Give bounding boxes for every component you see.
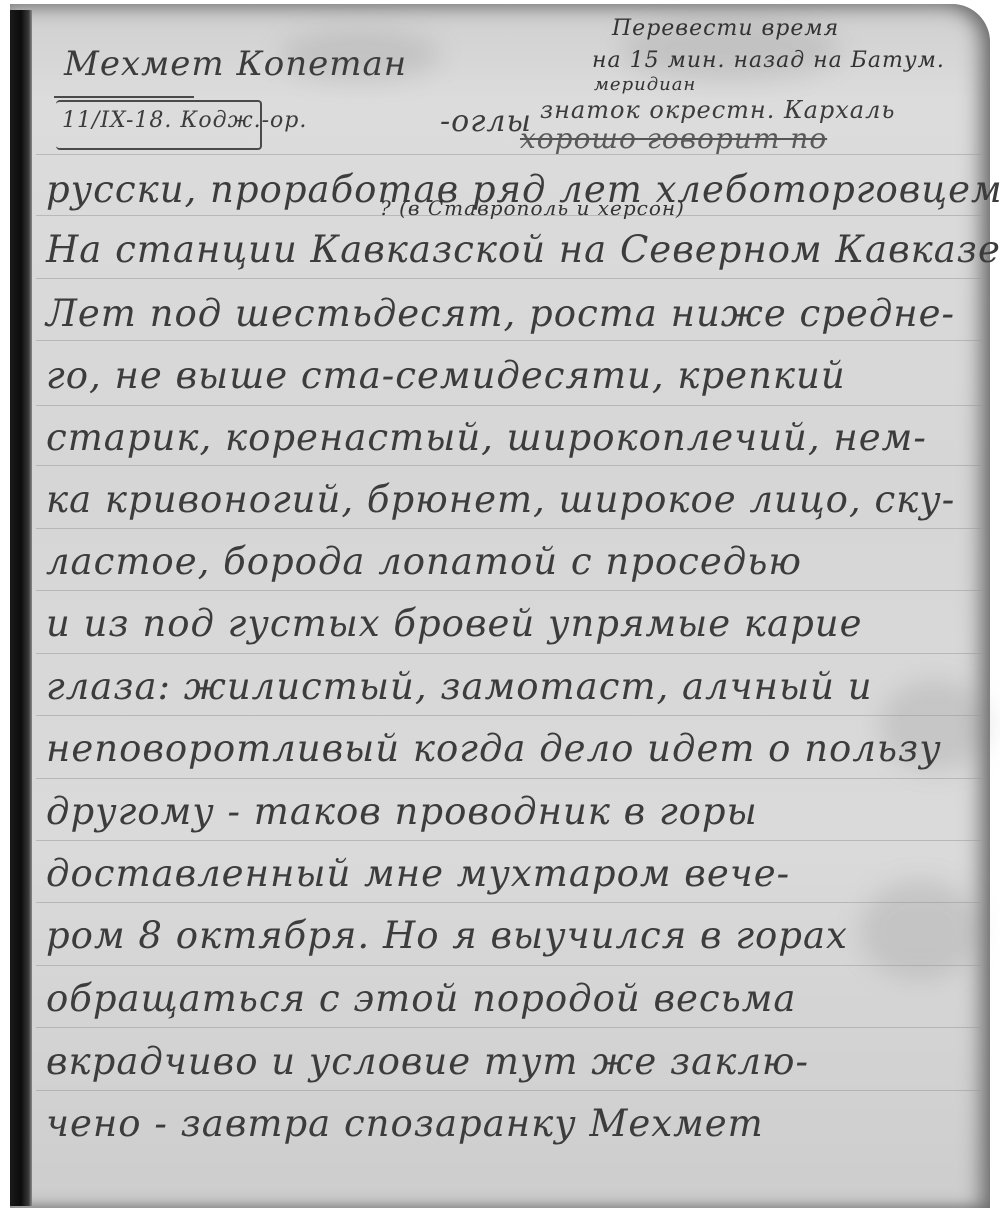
ruled-line (36, 778, 982, 779)
text-line-2: На станции Кавказской на Северном Кавказ… (46, 228, 1000, 271)
ruled-line (36, 465, 982, 466)
ruled-line (36, 340, 982, 341)
text-line-16: чено - завтра спозаранку Мехмет (46, 1102, 764, 1145)
text-line-10: неповоротливый когда дело идет о пользу (46, 727, 942, 770)
text-line-3: Лет под шестьдесят, роста ниже средне- (46, 292, 955, 335)
text-line-13: ром 8 октября. Но я выучился в горах (46, 914, 848, 957)
ruled-line (36, 154, 982, 155)
struck-text: хорошо говорит по (520, 122, 827, 155)
ruled-line (36, 965, 982, 966)
text-line-4: го, не выше ста-семидесяти, крепкий (46, 354, 846, 397)
text-line-11: другому - таков проводник в горы (46, 790, 758, 833)
ruled-line (36, 715, 982, 716)
text-line-12: доставленный мне мухтаром вече- (46, 852, 790, 895)
text-line-6: ка кривоногий, брюнет, широкое лицо, ску… (46, 478, 955, 521)
ruled-line (36, 1027, 982, 1028)
insertion-above: знаток окрестн. Кархаль (540, 96, 895, 124)
ruled-line (36, 1090, 982, 1091)
margin-note-line2: на 15 мин. назад на Батум. (592, 48, 945, 73)
text-line-5: старик, коренастый, широкоплечий, нем- (46, 416, 927, 459)
ruled-line (36, 902, 982, 903)
ruled-line (36, 590, 982, 591)
ruled-line (36, 653, 982, 654)
ruled-line (36, 278, 982, 279)
header-name: Мехмет Копетан (64, 44, 407, 84)
insertion-line: ? (в Ставрополь и херсон) (380, 196, 685, 220)
date-box-text: 11/IX-18. Кодж.-ор. (62, 108, 307, 133)
ruled-line (36, 528, 982, 529)
date-box-rule (54, 96, 194, 98)
text-line-7: ластое, борода лопатой с проседью (46, 540, 802, 583)
text-line-8: и из под густых бровей упрямые карие (46, 602, 863, 645)
text-line-9: глаза: жилистый, замотаст, алчный и (46, 665, 873, 708)
text-line-15: вкрадчиво и условие тут же заклю- (46, 1040, 809, 1083)
ruled-line (36, 840, 982, 841)
notebook-spine (10, 10, 32, 1206)
text-line-14: обращаться с этой породой весьма (46, 977, 796, 1020)
header-name-suffix: -оглы (440, 104, 532, 139)
margin-note-line3: меридиан (594, 74, 696, 95)
margin-note-line1: Перевести время (612, 16, 839, 41)
ruled-line (36, 405, 982, 406)
